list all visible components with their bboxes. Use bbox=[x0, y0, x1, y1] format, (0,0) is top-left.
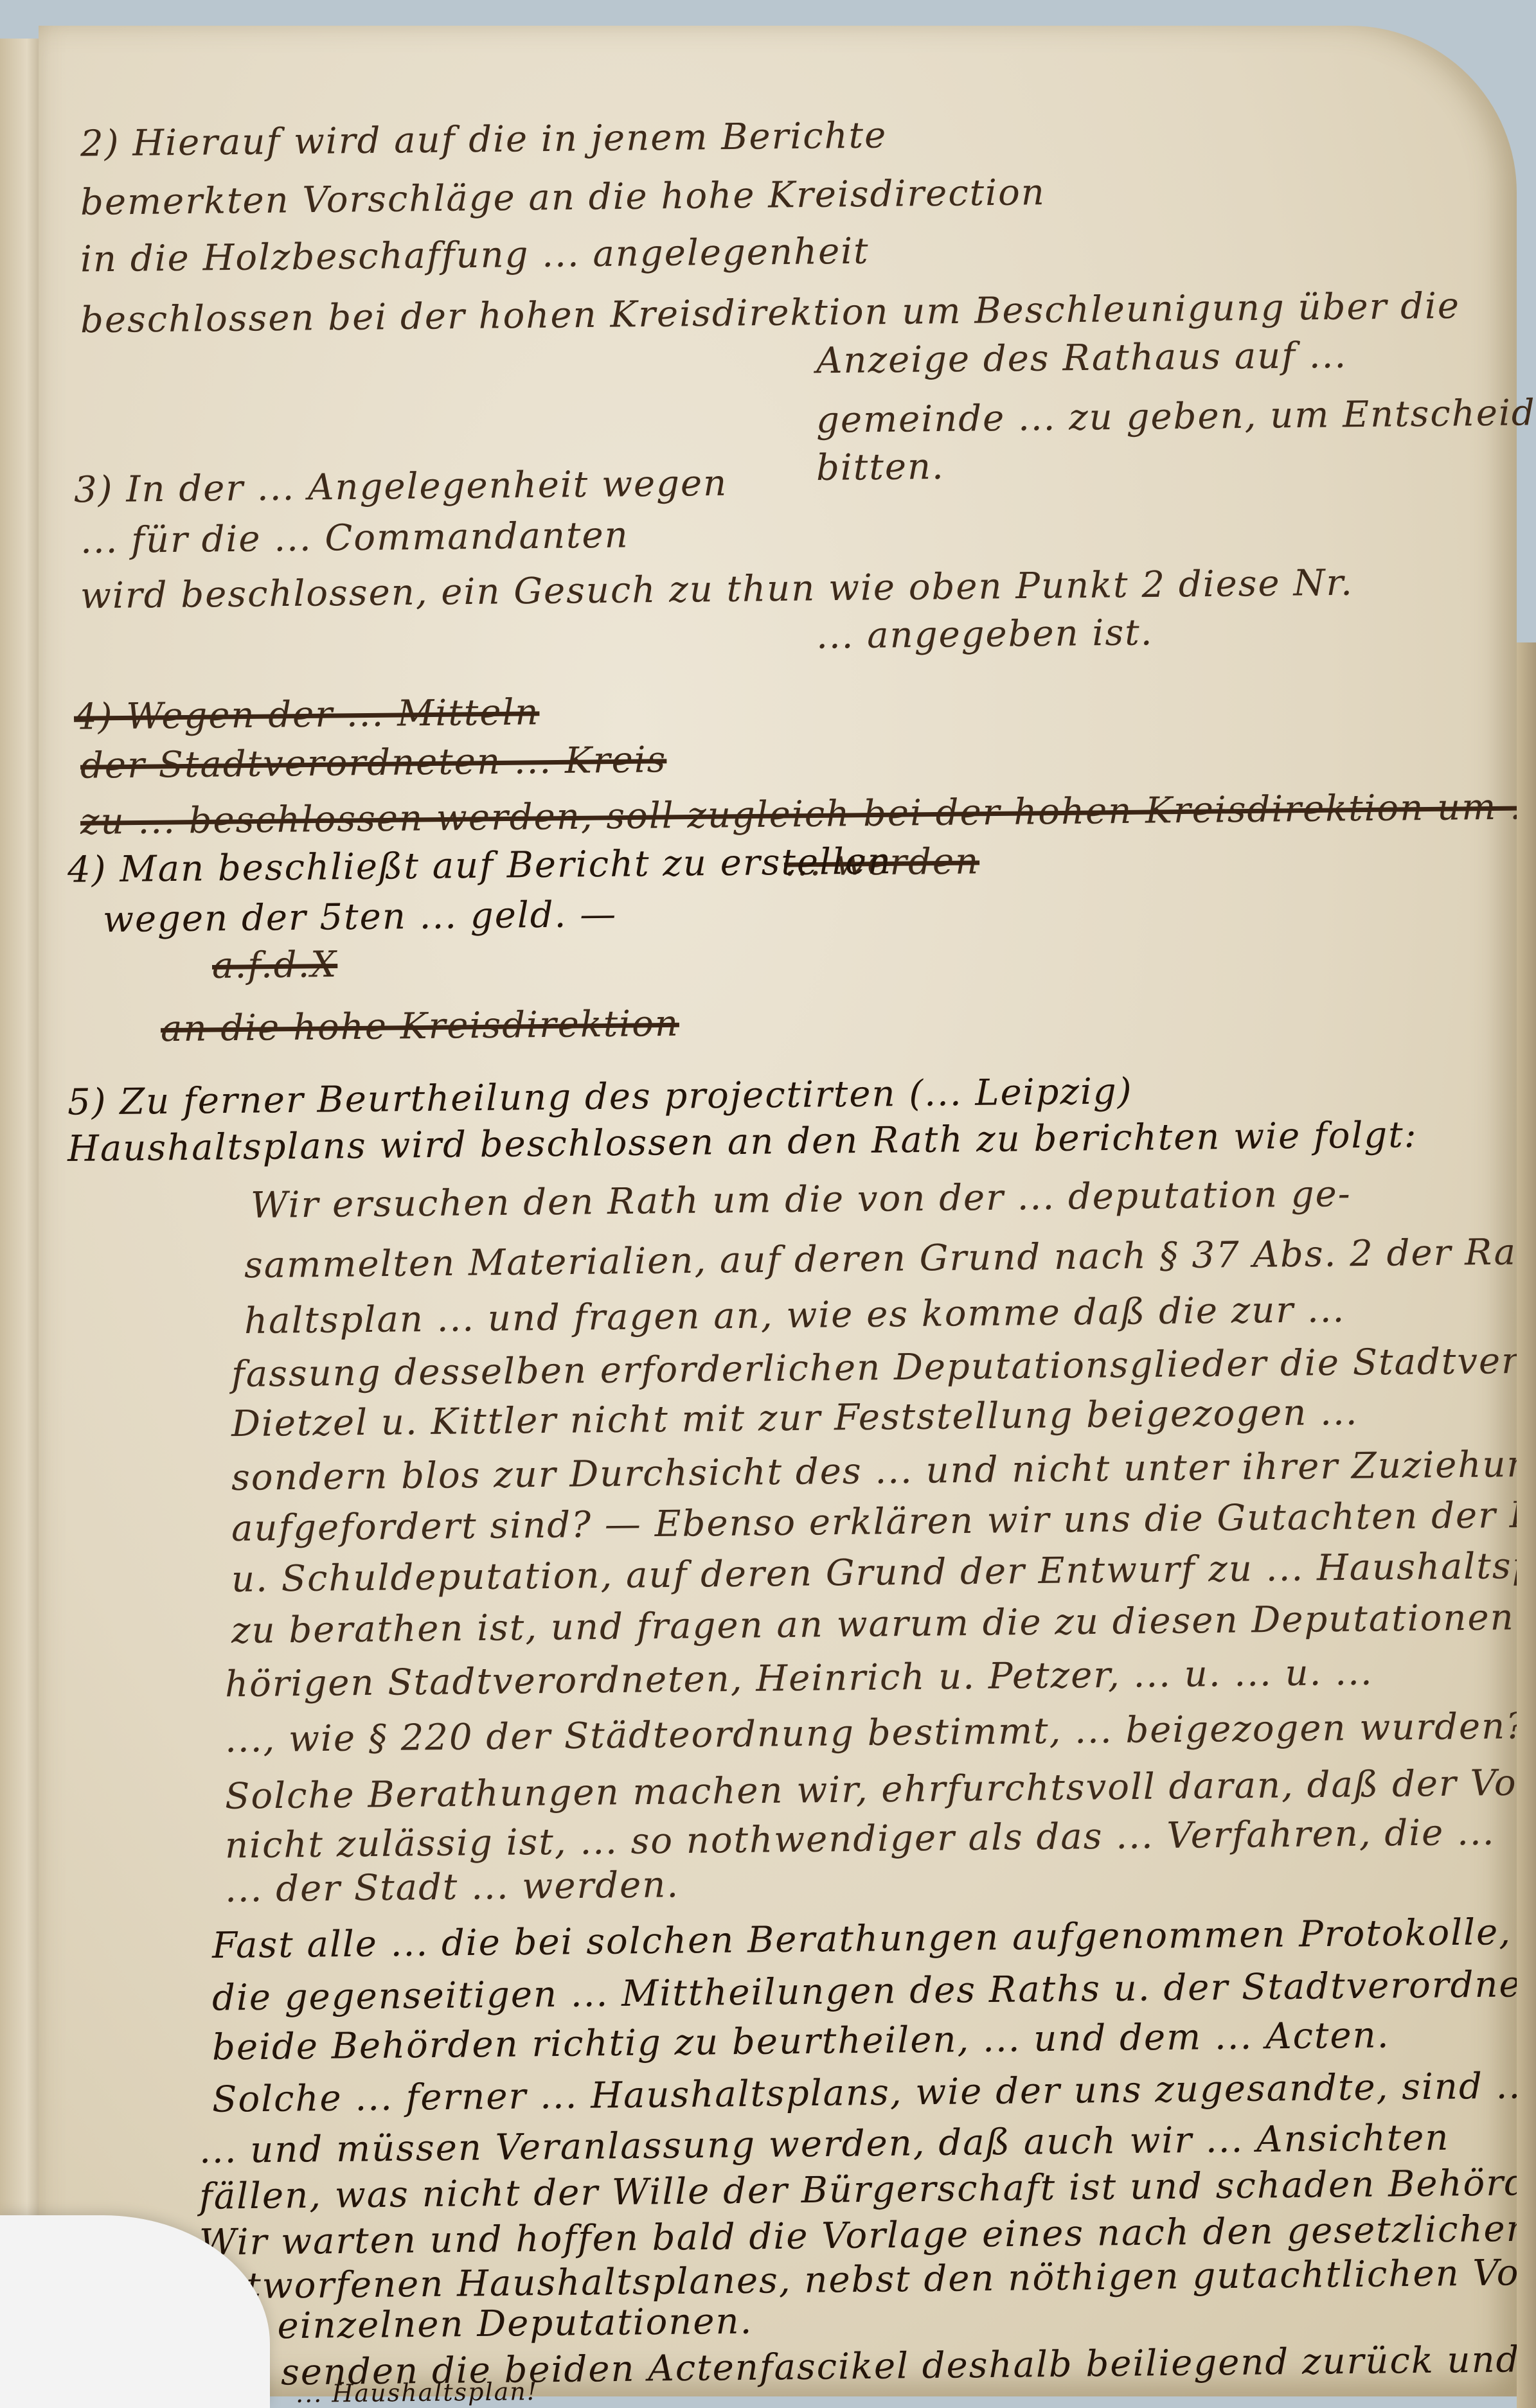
line: haltsplan ... und fragen an, wie es komm… bbox=[244, 1292, 1346, 1340]
line: Wir warten und hoffen bald die Vorlage e… bbox=[199, 2208, 1536, 2262]
line: ... Haushaltsplan! bbox=[296, 2379, 538, 2406]
line: sondern blos zur Durchsicht des ... und … bbox=[231, 1444, 1536, 1496]
book-edge bbox=[1517, 642, 1536, 2408]
line: u. Schuldeputation, auf deren Grund der … bbox=[231, 1548, 1536, 1598]
line: aufgefordert sind? — Ebenso erklären wir… bbox=[231, 1496, 1536, 1547]
line: fassung desselben erforderlichen Deputat… bbox=[231, 1341, 1536, 1393]
line: ... der Stadt ... werden. bbox=[225, 1867, 680, 1908]
line: bemerkten Vorschläge an die hohe Kreisdi… bbox=[80, 175, 1046, 221]
struck-line: zu ... beschlossen werden, soll zugleich… bbox=[80, 789, 1536, 840]
line: Dietzel u. Kittler nicht mit zur Festste… bbox=[231, 1395, 1359, 1442]
line: ... und müssen Veranlassung werden, daß … bbox=[199, 2120, 1450, 2169]
line: Solche Berathungen machen wir, ehrfurcht… bbox=[225, 1761, 1536, 1815]
line: nicht zulässig ist, ... so nothwendiger … bbox=[225, 1815, 1496, 1864]
line: Haushaltsplans wird beschlossen an den R… bbox=[67, 1117, 1418, 1167]
line: Anzeige des Rathaus auf ... bbox=[816, 338, 1348, 380]
struck-line: der Stadtverordneten ... Kreis bbox=[80, 742, 667, 784]
manuscript-page: 2) Hierauf wird auf die in jenem Bericht… bbox=[39, 26, 1517, 2396]
line: ..., wie § 220 der Städteordnung bestimm… bbox=[225, 1708, 1527, 1758]
line: fällen, was nicht der Wille der Bürgersc… bbox=[199, 2164, 1536, 2215]
line: beide Behörden richtig zu beurtheilen, .… bbox=[212, 2017, 1390, 2066]
line: wegen der 5ten ... geld. — bbox=[103, 897, 618, 938]
line: ... angegeben ist. bbox=[816, 615, 1154, 654]
struck-line: an die hohe Kreisdirektion bbox=[161, 1006, 679, 1047]
line: Solche ... ferner ... Haushaltsplans, wi… bbox=[212, 2068, 1534, 2118]
struck-line: 4) Wegen der ... Mitteln bbox=[74, 695, 540, 736]
line: wird beschlossen, ein Gesuch zu thun wie… bbox=[80, 565, 1353, 615]
line: 4) Man beschließt auf Bericht zu erstell… bbox=[67, 844, 893, 888]
line: bitten. bbox=[816, 449, 945, 486]
line: entworfenen Haushaltsplanes, nebst den n… bbox=[199, 2254, 1536, 2305]
line: 5) Zu ferner Beurtheilung des projectirt… bbox=[67, 1074, 1133, 1120]
line: der einzelnen Deputationen. bbox=[199, 2303, 753, 2345]
line: gemeinde ... zu geben, um Entscheidung z… bbox=[816, 394, 1536, 439]
line: 2) Hierauf wird auf die in jenem Bericht… bbox=[80, 118, 888, 162]
line: beschlossen bei der hohen Kreisdirektion… bbox=[80, 288, 1461, 339]
line: Fast alle ... die bei solchen Berathunge… bbox=[212, 1914, 1536, 1964]
line: sammelten Materialien, auf deren Grund n… bbox=[244, 1232, 1536, 1284]
line: 3) In der ... Angelegenheit wegen bbox=[74, 466, 728, 509]
line: ... für die ... Commandanten bbox=[80, 518, 629, 560]
line: in die Holzbeschaffung ... angelegenheit bbox=[80, 234, 870, 278]
line: zu berathen ist, und fragen an warum die… bbox=[231, 1599, 1536, 1649]
struck-line: a.f.d.X bbox=[212, 947, 338, 984]
line: hörigen Stadtverordneten, Heinrich u. Pe… bbox=[225, 1655, 1373, 1703]
line: die gegenseitigen ... Mittheilungen des … bbox=[212, 1964, 1536, 2016]
line: Wir ersuchen den Rath um die von der ...… bbox=[251, 1176, 1352, 1224]
